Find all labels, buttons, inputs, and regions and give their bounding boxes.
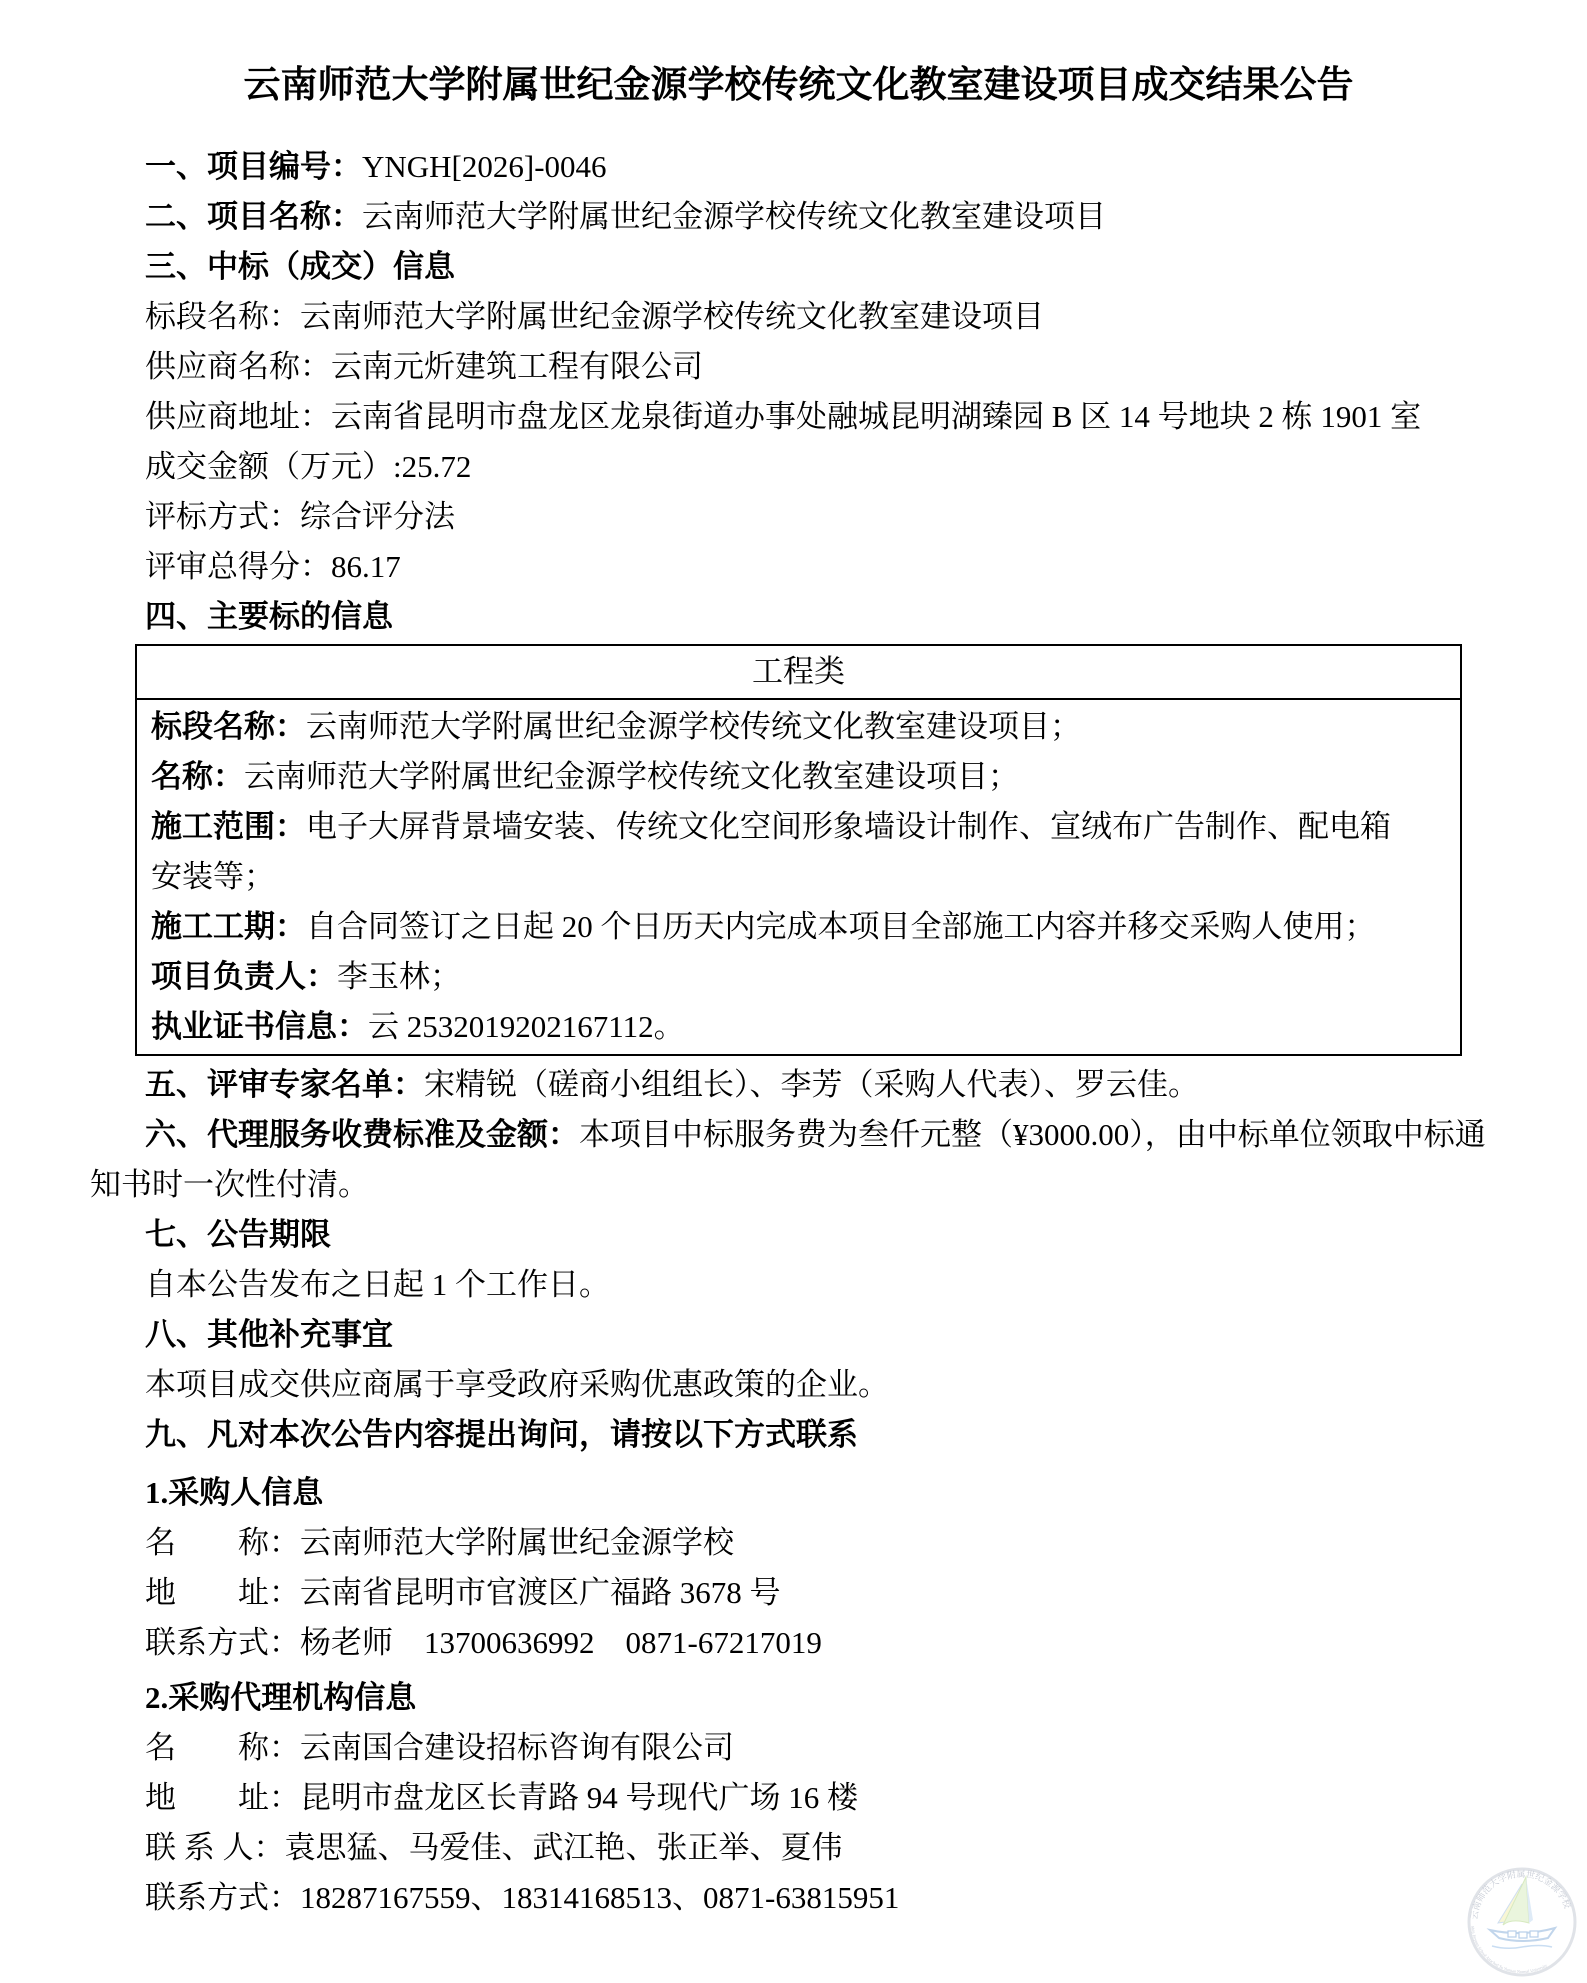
para-agency-fee: 六、代理服务收费标准及金额：本项目中标服务费为叁仟元整（¥3000.00），由中… — [90, 1110, 1507, 1210]
para-total-score: 评审总得分：86.17 — [90, 542, 1507, 592]
para-label: 六、代理服务收费标准及金额： — [145, 1117, 579, 1152]
heading-contact-intro: 九、凡对本次公告内容提出询问，请按以下方式联系 — [90, 1410, 1507, 1460]
main-subject-table: 工程类 标段名称：云南师范大学附属世纪金源学校传统文化教室建设项目； 名称：云南… — [135, 644, 1462, 1056]
para-bid-section-name: 标段名称：云南师范大学附属世纪金源学校传统文化教室建设项目 — [90, 292, 1507, 342]
table-row-certificate-info: 执业证书信息：云 2532019202167112。 — [151, 1002, 1415, 1052]
para-agency-name: 名 称：云南国合建设招标咨询有限公司 — [90, 1723, 1507, 1773]
para-supplier-name: 供应商名称：云南元炘建筑工程有限公司 — [90, 342, 1507, 392]
para-text: 供应商地址：云南省昆明市盘龙区龙泉街道办事处融城昆明湖臻园 B 区 14 号地块… — [145, 399, 1421, 434]
table-row-construction-period: 施工工期：自合同签订之日起 20 个日历天内完成本项目全部施工内容并移交采购人使… — [151, 902, 1415, 952]
para-text: 名 称：云南国合建设招标咨询有限公司 — [145, 1730, 734, 1765]
para-text: 自本公告发布之日起 1 个工作日。 — [145, 1267, 610, 1302]
para-text: 成交金额（万元）:25.72 — [145, 449, 471, 484]
row-text: 李玉林； — [337, 959, 461, 994]
row-text: 云南师范大学附属世纪金源学校传统文化教室建设项目； — [244, 759, 1019, 794]
row-text: 自合同签订之日起 20 个日历天内完成本项目全部施工内容并移交采购人使用； — [306, 909, 1376, 944]
para-other-matters: 本项目成交供应商属于享受政府采购优惠政策的企业。 — [90, 1360, 1507, 1410]
table-row-bid-section: 标段名称：云南师范大学附属世纪金源学校传统文化教室建设项目； — [151, 702, 1415, 752]
para-supplier-address: 供应商地址：云南省昆明市盘龙区龙泉街道办事处融城昆明湖臻园 B 区 14 号地块… — [90, 392, 1507, 442]
para-text: 评审总得分：86.17 — [145, 549, 401, 584]
para-agency-phone: 联系方式：18287167559、18314168513、0871-638159… — [90, 1873, 1507, 1923]
para-label: 八、其他补充事宜 — [145, 1317, 393, 1352]
para-label: 1.采购人信息 — [145, 1475, 323, 1510]
para-agency-address: 地 址：昆明市盘龙区长青路 94 号现代广场 16 楼 — [90, 1773, 1507, 1823]
para-announcement-period: 自本公告发布之日起 1 个工作日。 — [90, 1260, 1507, 1310]
para-text: 地 址：云南省昆明市官渡区广福路 3678 号 — [145, 1575, 781, 1610]
para-purchaser-name: 名 称：云南师范大学附属世纪金源学校 — [90, 1518, 1507, 1568]
para-label: 二、项目名称： — [145, 199, 362, 234]
para-evaluation-method: 评标方式：综合评分法 — [90, 492, 1507, 542]
row-label: 项目负责人： — [151, 959, 337, 994]
row-label: 施工工期： — [151, 909, 306, 944]
para-purchaser-address: 地 址：云南省昆明市官渡区广福路 3678 号 — [90, 1568, 1507, 1618]
para-label: 三、中标（成交）信息 — [145, 249, 455, 284]
para-text: 联系方式：18287167559、18314168513、0871-638159… — [145, 1880, 899, 1915]
row-label: 名称： — [151, 759, 244, 794]
para-text: 名 称：云南师范大学附属世纪金源学校 — [145, 1525, 734, 1560]
para-text: YNGH[2026]-0046 — [362, 149, 607, 184]
para-text: 标段名称：云南师范大学附属世纪金源学校传统文化教室建设项目 — [145, 299, 1044, 334]
heading-announcement-period: 七、公告期限 — [90, 1210, 1507, 1260]
seal-hull-flag — [1519, 1932, 1527, 1938]
row-text: 电子大屏背景墙安装、传统文化空间形象墙设计制作、宣绒布广告制作、配电箱安装等； — [151, 809, 1391, 894]
row-text: 云 2532019202167112。 — [368, 1009, 685, 1044]
row-label: 施工范围： — [151, 809, 306, 844]
row-text: 云南师范大学附属世纪金源学校传统文化教室建设项目； — [306, 709, 1081, 744]
heading-main-subject-info: 四、主要标的信息 — [90, 592, 1507, 642]
para-expert-list: 五、评审专家名单：宋精锐（磋商小组组长）、李芳（采购人代表）、罗云佳。 — [90, 1060, 1507, 1110]
table-row-construction-scope: 施工范围：电子大屏背景墙安装、传统文化空间形象墙设计制作、宣绒布广告制作、配电箱… — [151, 802, 1415, 902]
para-project-name: 二、项目名称：云南师范大学附属世纪金源学校传统文化教室建设项目 — [90, 192, 1507, 242]
document-content: 云南师范大学附属世纪金源学校传统文化教室建设项目成交结果公告 一、项目编号：YN… — [0, 0, 1587, 1923]
para-agency-contacts: 联 系 人：袁思猛、马爱佳、武江艳、张正举、夏伟 — [90, 1823, 1507, 1873]
para-label: 2.采购代理机构信息 — [145, 1680, 416, 1715]
para-text: 供应商名称：云南元炘建筑工程有限公司 — [145, 349, 703, 384]
para-text: 评标方式：综合评分法 — [145, 499, 455, 534]
seal-hull-flag — [1530, 1931, 1538, 1937]
table-body-cell: 标段名称：云南师范大学附属世纪金源学校传统文化教室建设项目； 名称：云南师范大学… — [137, 700, 1460, 1054]
table-header-cell: 工程类 — [137, 646, 1460, 700]
row-label: 执业证书信息： — [151, 1009, 368, 1044]
heading-other-matters: 八、其他补充事宜 — [90, 1310, 1507, 1360]
table-row-name: 名称：云南师范大学附属世纪金源学校传统文化教室建设项目； — [151, 752, 1415, 802]
para-project-number: 一、项目编号：YNGH[2026]-0046 — [90, 142, 1507, 192]
para-award-amount: 成交金额（万元）:25.72 — [90, 442, 1507, 492]
heading-agency-info: 2.采购代理机构信息 — [90, 1673, 1507, 1723]
para-label: 七、公告期限 — [145, 1217, 331, 1252]
heading-award-info: 三、中标（成交）信息 — [90, 242, 1507, 292]
para-text: 宋精锐（磋商小组组长）、李芳（采购人代表）、罗云佳。 — [424, 1067, 1199, 1102]
heading-purchaser-info: 1.采购人信息 — [90, 1468, 1507, 1518]
document-page: 云南师范大学附属世纪金源学校传统文化教室建设项目成交结果公告 一、项目编号：YN… — [0, 0, 1587, 1983]
doc-title: 云南师范大学附属世纪金源学校传统文化教室建设项目成交结果公告 — [90, 62, 1507, 110]
para-text: 地 址：昆明市盘龙区长青路 94 号现代广场 16 楼 — [145, 1780, 858, 1815]
para-label: 九、凡对本次公告内容提出询问，请按以下方式联系 — [145, 1417, 858, 1452]
school-seal-watermark: 云南师范大学附属世纪金源学校 Shiji Jinyuan School Atta… — [1462, 1862, 1582, 1982]
para-text: 云南师范大学附属世纪金源学校传统文化教室建设项目 — [362, 199, 1106, 234]
table-row-project-manager: 项目负责人：李玉林； — [151, 952, 1415, 1002]
row-label: 标段名称： — [151, 709, 306, 744]
seal-wave — [1492, 1946, 1552, 1949]
para-text: 本项目成交供应商属于享受政府采购优惠政策的企业。 — [145, 1367, 889, 1402]
para-purchaser-contact: 联系方式：杨老师 13700636992 0871-67217019 — [90, 1618, 1507, 1668]
para-label: 四、主要标的信息 — [145, 599, 393, 634]
para-label: 五、评审专家名单： — [145, 1067, 424, 1102]
seal-hull-flag — [1508, 1931, 1516, 1937]
para-label: 一、项目编号： — [145, 149, 362, 184]
para-text: 联系方式：杨老师 13700636992 0871-67217019 — [145, 1625, 822, 1660]
seal-sail-right — [1503, 1877, 1529, 1925]
para-text: 联 系 人：袁思猛、马爱佳、武江艳、张正举、夏伟 — [145, 1830, 843, 1865]
